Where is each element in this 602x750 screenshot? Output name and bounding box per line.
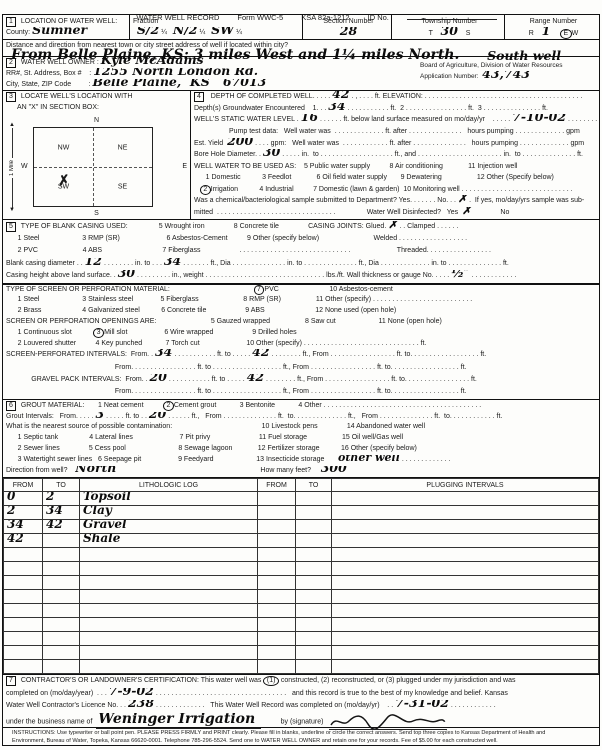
table-header-row: FROM TO LITHOLOGIC LOG FROM TO PLUGGING … <box>4 479 599 492</box>
contamination-row-3-dots: . . . . . . . . . . . . . <box>400 456 451 463</box>
wall-thickness-value: ½″ <box>451 270 470 280</box>
range-cell: Range Number R 1 EW <box>505 15 599 39</box>
disinfected-no-label: No <box>471 209 509 216</box>
section-4-number: 4 <box>194 92 204 102</box>
how-many-feet-value: 300 <box>321 466 347 475</box>
record-completed-dots: . . . . . . . . . . . . <box>449 702 496 709</box>
certification-text-2: constructed, (2) reconstructed, or (3) p… <box>279 677 516 684</box>
quarter-symbol: ¼ <box>159 29 173 36</box>
certification-text-1: CONTRACTOR'S OR LANDOWNER'S CERTIFICATIO… <box>19 677 263 684</box>
static-level-date-value: 7-10-02 <box>512 114 566 124</box>
range-west: W <box>572 30 579 37</box>
quarter-symbol: ¼ <box>234 29 248 36</box>
west-label: W <box>21 163 28 170</box>
record-completed-label: . . . . . . . . . . . . . This Water Wel… <box>154 702 395 709</box>
mill-slot-circled-number: 3 <box>93 328 104 338</box>
casing-height-label-2: . . . . . . . . . in., weight . . . . . … <box>135 272 451 279</box>
east-label: E <box>182 163 187 170</box>
section-7-certification: 7 CONTRACTOR'S OR LANDOWNER'S CERTIFICAT… <box>3 674 599 727</box>
grout-to-value: 20 <box>149 412 166 421</box>
well-use-row-3: Irrigation 4 Industrial 7 Domestic (lawn… <box>211 186 573 193</box>
litho-from: 42 <box>7 534 24 546</box>
litho-from: 0 <box>7 492 15 504</box>
est-yield-label-2: . . . . gpm: Well water was . . . . . . … <box>253 140 584 147</box>
se-quadrant-label: SE <box>116 183 129 190</box>
section-number-label: Section Number <box>303 16 391 27</box>
litho-material: Topsoil <box>83 492 131 504</box>
static-level-label: WELL'S STATIC WATER LEVEL . <box>194 116 301 123</box>
litho-to: 42 <box>46 520 63 532</box>
litho-row-empty <box>4 646 599 660</box>
litho-row: 02Topsoil <box>4 492 599 506</box>
casing-options-row-1: 1 Steel 3 RMP (SR) 6 Asbestos-Cement 9 O… <box>3 233 599 245</box>
lithologic-log-header: LITHOLOGIC LOG <box>80 479 258 492</box>
screen-material-block: TYPE OF SCREEN OR PERFORATION MATERIAL: … <box>3 284 599 350</box>
fraction-value-1: S/2 <box>137 27 159 37</box>
well-location-note: South well <box>487 55 561 56</box>
licence-no-label: Water Well Contractor's Licence No. . . <box>6 702 128 709</box>
irrigation-circled-number: 2 <box>200 185 211 195</box>
casing-height-value: 30 <box>118 270 135 280</box>
mile-line <box>12 128 13 158</box>
litho-row-empty <box>4 660 599 674</box>
sample-question-label: Was a chemical/bacteriological sample su… <box>194 197 458 204</box>
litho-row-empty <box>4 562 599 576</box>
section-2-owner: 2 WATER WELL OWNER : Kyle McAdams RR#, S… <box>3 57 599 91</box>
fraction-value-2: N/2 <box>173 27 198 37</box>
section-5-number: 5 <box>6 222 16 232</box>
gravel-pack-label-3: . . . . . . . . ft., From . . . . . . . … <box>264 376 477 383</box>
county-label: County: <box>6 29 32 36</box>
depth-label: DEPTH OF COMPLETED WELL. . . . . <box>207 93 332 100</box>
address-value: 1255 North London Rd. <box>93 68 258 78</box>
grout-from-value: 3 <box>95 412 104 421</box>
bore-hole-label-2: . . . . . in. to . . . . . . . . . . . .… <box>280 151 583 158</box>
gravel-pack-label: GRAVEL PACK INTERVALS: From. . <box>6 376 150 383</box>
casing-diameter-label-3: . . . . . . . ft., Dia . . . . . . . . .… <box>181 260 509 267</box>
screen-material-row-2: 1 Steel 3 Stainless steel 5 Fiberglass 8… <box>3 295 599 306</box>
openings-title-row: SCREEN OR PERFORATION OPENINGS ARE: 5 Ga… <box>3 317 599 328</box>
sample-no-x-mark: ✗ <box>458 195 467 205</box>
county-value: Sumner <box>32 27 87 37</box>
grout-options: Cement grout 3 Bentonite 4 Other . . . .… <box>174 402 481 409</box>
contamination-row-1: 1 Septic tank 4 Lateral lines 7 Pit priv… <box>3 433 599 444</box>
casing-diameter-label: Blank casing diameter . . <box>6 260 85 267</box>
section-6-number: 6 <box>6 401 16 411</box>
elevation-label: . , . . . . ft. ELEVATION: . . . . . . .… <box>350 93 583 100</box>
est-yield-value: 200 <box>227 138 253 148</box>
section-2-number: 2 <box>6 58 16 68</box>
ne-quadrant-label: NE <box>116 144 130 151</box>
from-header: FROM <box>4 479 43 492</box>
contamination-title-row: What is the nearest source of possible c… <box>3 422 599 433</box>
static-level-trailing-dots: . . . . . . . . <box>566 116 597 123</box>
static-level-value: 16 <box>301 114 318 124</box>
contamination-row-2: 2 Sewer lines 5 Cess pool 8 Sewage lagoo… <box>3 444 599 455</box>
screen-intervals-row-2: From. . . . . . . . . . . . . . . . . ft… <box>3 362 599 374</box>
well-use-indent <box>194 186 200 193</box>
screen-intervals-label-3: . . . . . . . . ft., From . . . . . . . … <box>270 351 487 358</box>
range-label: Range Number <box>505 16 599 27</box>
openings-row-3: 2 Louvered shutter 4 Key punched 7 Torch… <box>3 339 599 350</box>
locate-title-2: AN "X" IN SECTION BOX: <box>3 102 190 113</box>
screen-intervals-label: SCREEN-PERFORATED INTERVALS: From. . <box>6 351 155 358</box>
section-1-title: LOCATION OF WATER WELL: <box>19 18 117 25</box>
section-quadrant-box: NW NE SW SE ✗ <box>33 127 153 207</box>
litho-material: Clay <box>83 506 112 518</box>
litho-row-empty <box>4 576 599 590</box>
openings-row-2b: Mill slot 6 Wire wrapped 9 Drilled holes <box>104 329 297 336</box>
one-mile-scale: ▲ 1 Mile ▼ <box>7 123 17 213</box>
screen-intervals-label-2: . . . . . . . . . . . ft. to . . . . . <box>172 351 252 358</box>
how-many-feet-label: How many feet? <box>116 467 320 474</box>
range-r: R <box>529 30 542 37</box>
casing-options-row-2: 2 PVC 4 ABS 7 Fiberglass . . . . . . . .… <box>3 245 599 257</box>
licence-no-value: 238 <box>128 700 154 710</box>
owner-label: WATER WELL OWNER : <box>19 59 101 66</box>
section-6-grout: 6 GROUT MATERIAL: 1 Neat cement 2Cement … <box>3 400 599 478</box>
casing-depth-value: 34 <box>164 258 181 268</box>
nw-quadrant-label: NW <box>56 144 72 151</box>
township-cell: Township Number T 30 S <box>392 15 505 39</box>
quarter-symbol: ¼ <box>198 29 212 36</box>
to-header-2: TO <box>296 479 332 492</box>
section-number-value: 28 <box>340 27 357 38</box>
disinfected-yes-x-mark: ✗ <box>462 207 471 217</box>
instructions-line-2: Environment, Bureau of Water, Topeka, Ka… <box>9 738 597 746</box>
screen-material-row-3: 2 Brass 4 Galvanized steel 6 Concrete ti… <box>3 306 599 317</box>
township-s: S <box>458 30 470 37</box>
contamination-row-3: 3 Watertight sewer lines 6 Seepage pit 9… <box>6 456 338 463</box>
litho-row-empty <box>4 618 599 632</box>
record-completed-date-value: 7-31-02 <box>395 700 449 710</box>
groundwater-label-2: . . . . . . . . . . . ft. 2 . . . . . . … <box>346 105 548 112</box>
static-level-label-2: . . . . . . ft. below land surface measu… <box>318 116 512 123</box>
from-header-2: FROM <box>258 479 296 492</box>
bore-hole-label: Bore Hole Diameter. . <box>194 151 263 158</box>
owner-fields: 2 WATER WELL OWNER : Kyle McAdams RR#, S… <box>3 57 417 90</box>
litho-row: 42Shale <box>4 534 599 548</box>
address-label: RR#, St. Address, Box # : <box>6 70 93 77</box>
grout-intervals-label-3: . . . . . . ft., From . . . . . . . . . … <box>166 413 502 420</box>
gravel-pack-to-value: 42 <box>247 374 264 384</box>
city-label: City, State, ZIP Code : <box>6 81 93 88</box>
groundwater-label: Depth(s) Groundwater Encountered 1. . . <box>194 105 328 112</box>
litho-to: 34 <box>46 506 63 518</box>
to-header: TO <box>43 479 80 492</box>
application-block: Board of Agriculture, Division of Water … <box>417 57 599 90</box>
screen-material-row-1: PVC 10 Asbestos-cement <box>264 286 392 293</box>
fraction-label: Fraction <box>130 16 302 27</box>
mile-line <box>12 178 13 208</box>
section-1-location: 1 LOCATION OF WATER WELL: County: Sumner… <box>3 15 599 40</box>
gravel-pack-from-value: 20 <box>150 374 167 384</box>
north-label: N <box>94 117 99 124</box>
est-yield-label: Est. Yield <box>194 140 227 147</box>
section-7-number: 7 <box>6 676 16 686</box>
bore-hole-diameter-value: 30 <box>263 149 280 159</box>
section-5-casing: 5 TYPE OF BLANK CASING USED: 5 Wrought i… <box>3 220 599 284</box>
disinfected-label: mitted . . . . . . . . . . . . . . . . .… <box>194 209 462 216</box>
grout-title: GROUT MATERIAL: 1 Neat cement <box>19 402 163 409</box>
completed-date-value: 7-9-02 <box>109 688 154 698</box>
section-1-number: 1 <box>6 17 16 27</box>
county-cell: 1 LOCATION OF WATER WELL: County: Sumner <box>3 15 130 39</box>
completed-on-label: completed on (mo/day/year) . . . <box>6 690 109 697</box>
clamped-label: . . Clamped . . . . . . <box>397 223 458 230</box>
openings-row-2a: 1 Continuous slot <box>6 329 93 336</box>
screen-interval-from-value: 34 <box>155 349 172 359</box>
pump-test-line: Pump test data: Well water was . . . . .… <box>191 126 599 138</box>
township-label: Township Number <box>392 16 504 27</box>
certification-text-3: . . . . . . . . . . . . . . . . . . . . … <box>154 690 508 697</box>
township-value: 30 <box>441 27 458 38</box>
groundwater-depth-value: 34 <box>328 103 345 113</box>
water-well-record-form: WATER WELL RECORDForm WWC-5KSA 82a-1212I… <box>0 0 602 750</box>
section-4-depth: 4 DEPTH OF COMPLETED WELL. . . . . 42 . … <box>191 91 599 219</box>
direction-from-well-value: North <box>75 466 116 475</box>
distance-direction-value: From Belle Plaine, KS: 3 miles West and … <box>11 55 459 56</box>
section-3-locate-box: 3 LOCATE WELL'S LOCATION WITH AN "X" IN … <box>3 91 191 219</box>
horizontal-dashed-line <box>34 167 152 168</box>
screen-interval-to-value: 42 <box>252 349 269 359</box>
south-label: S <box>94 210 99 217</box>
casing-diameter-label-2: . . . . . . . . in. to . . . <box>102 260 164 267</box>
application-number-label: Application Number: <box>420 73 482 80</box>
grout-intervals-label-2: . . . . . ft. to . . <box>104 413 149 420</box>
litho-material: Shale <box>83 534 120 546</box>
litho-row-empty <box>4 590 599 604</box>
casing-diameter-value: 12 <box>85 258 102 268</box>
pvc-circled-number: 7 <box>254 285 265 295</box>
direction-from-well-label: Direction from well? <box>6 467 75 474</box>
litho-row: 3442Gravel <box>4 520 599 534</box>
by-signature-label: by (signature) <box>261 718 323 725</box>
litho-material: Gravel <box>83 520 127 532</box>
plugging-intervals-header: PLUGGING INTERVALS <box>332 479 599 492</box>
sample-question-label-2: . If yes, mo/day/yrs sample was sub- <box>467 197 584 204</box>
cement-grout-circled-number: 2 <box>163 401 174 411</box>
mile-label: 1 Mile <box>9 158 15 178</box>
form-body: 1 LOCATION OF WATER WELL: County: Sumner… <box>2 14 600 746</box>
grout-intervals-label: Grout Intervals: From. . . . . <box>6 413 95 420</box>
other-source-value: other well <box>338 455 400 464</box>
range-gap <box>550 30 560 37</box>
well-x-mark: ✗ <box>57 171 70 189</box>
gravel-pack-row-2: From. . . . . . . . . . . . . . . . . ft… <box>3 386 599 398</box>
casing-title-and-joints: TYPE OF BLANK CASING USED: 5 Wrought iro… <box>19 223 388 230</box>
well-use-row-1: WELL WATER TO BE USED AS: 5 Public water… <box>191 161 599 173</box>
depth-of-well-value: 42 <box>332 91 349 101</box>
litho-row-empty <box>4 632 599 646</box>
instructions-line-1: INSTRUCTIONS: Use typewriter or ball poi… <box>9 730 597 738</box>
fraction-value-3: SW <box>211 27 234 37</box>
range-east-circled: E <box>560 29 572 39</box>
well-use-row-2: 1 Domestic 3 Feedlot 6 Oil field water s… <box>191 172 599 184</box>
constructed-circled-number: (1) <box>263 676 279 686</box>
litho-to: 2 <box>46 492 54 504</box>
business-name-label: under the business name of <box>6 718 96 725</box>
litho-from: 2 <box>7 506 15 518</box>
fraction-cell: Fraction S/2 ¼ N/2 ¼ SW ¼ <box>130 15 303 39</box>
section-3-number: 3 <box>6 92 16 102</box>
casing-height-trailing-dots: . . . . . . . . . . . . <box>470 272 517 279</box>
board-of-agriculture-label: Board of Agriculture, Division of Water … <box>417 60 599 71</box>
litho-row-empty <box>4 548 599 562</box>
section-number-cell: Section Number 28 <box>303 15 392 39</box>
section-3-4-row: 3 LOCATE WELL'S LOCATION WITH AN "X" IN … <box>3 91 599 220</box>
distance-direction-row: Distance and direction from nearest town… <box>3 40 599 57</box>
locate-title-1: LOCATE WELL'S LOCATION WITH <box>19 93 132 100</box>
arrow-down-icon: ▼ <box>9 208 15 213</box>
city-value: Belle Plaine, KS 67013 <box>93 79 267 89</box>
section-diagram: ▲ 1 Mile ▼ N NW NE SW SE ✗ <box>3 115 190 219</box>
owner-name-value: Kyle McAdams <box>101 57 204 67</box>
instructions-block: INSTRUCTIONS: Use typewriter or ball poi… <box>3 727 599 745</box>
gravel-pack-label-2: . . . . . . . . . . . ft. to . . . . . <box>167 376 247 383</box>
casing-height-label: Casing height above land surface. . <box>6 272 118 279</box>
range-value: 1 <box>542 27 551 38</box>
litho-row-empty <box>4 604 599 618</box>
lithologic-log-table: FROM TO LITHOLOGIC LOG FROM TO PLUGGING … <box>3 478 599 674</box>
application-number-value: 43,743 <box>482 71 530 81</box>
litho-row: 234Clay <box>4 506 599 520</box>
litho-from: 34 <box>7 520 24 532</box>
intervals-block: SCREEN-PERFORATED INTERVALS: From. . 34 … <box>3 349 599 399</box>
township-t: T <box>429 30 441 37</box>
screen-material-title: TYPE OF SCREEN OR PERFORATION MATERIAL: <box>6 286 254 293</box>
